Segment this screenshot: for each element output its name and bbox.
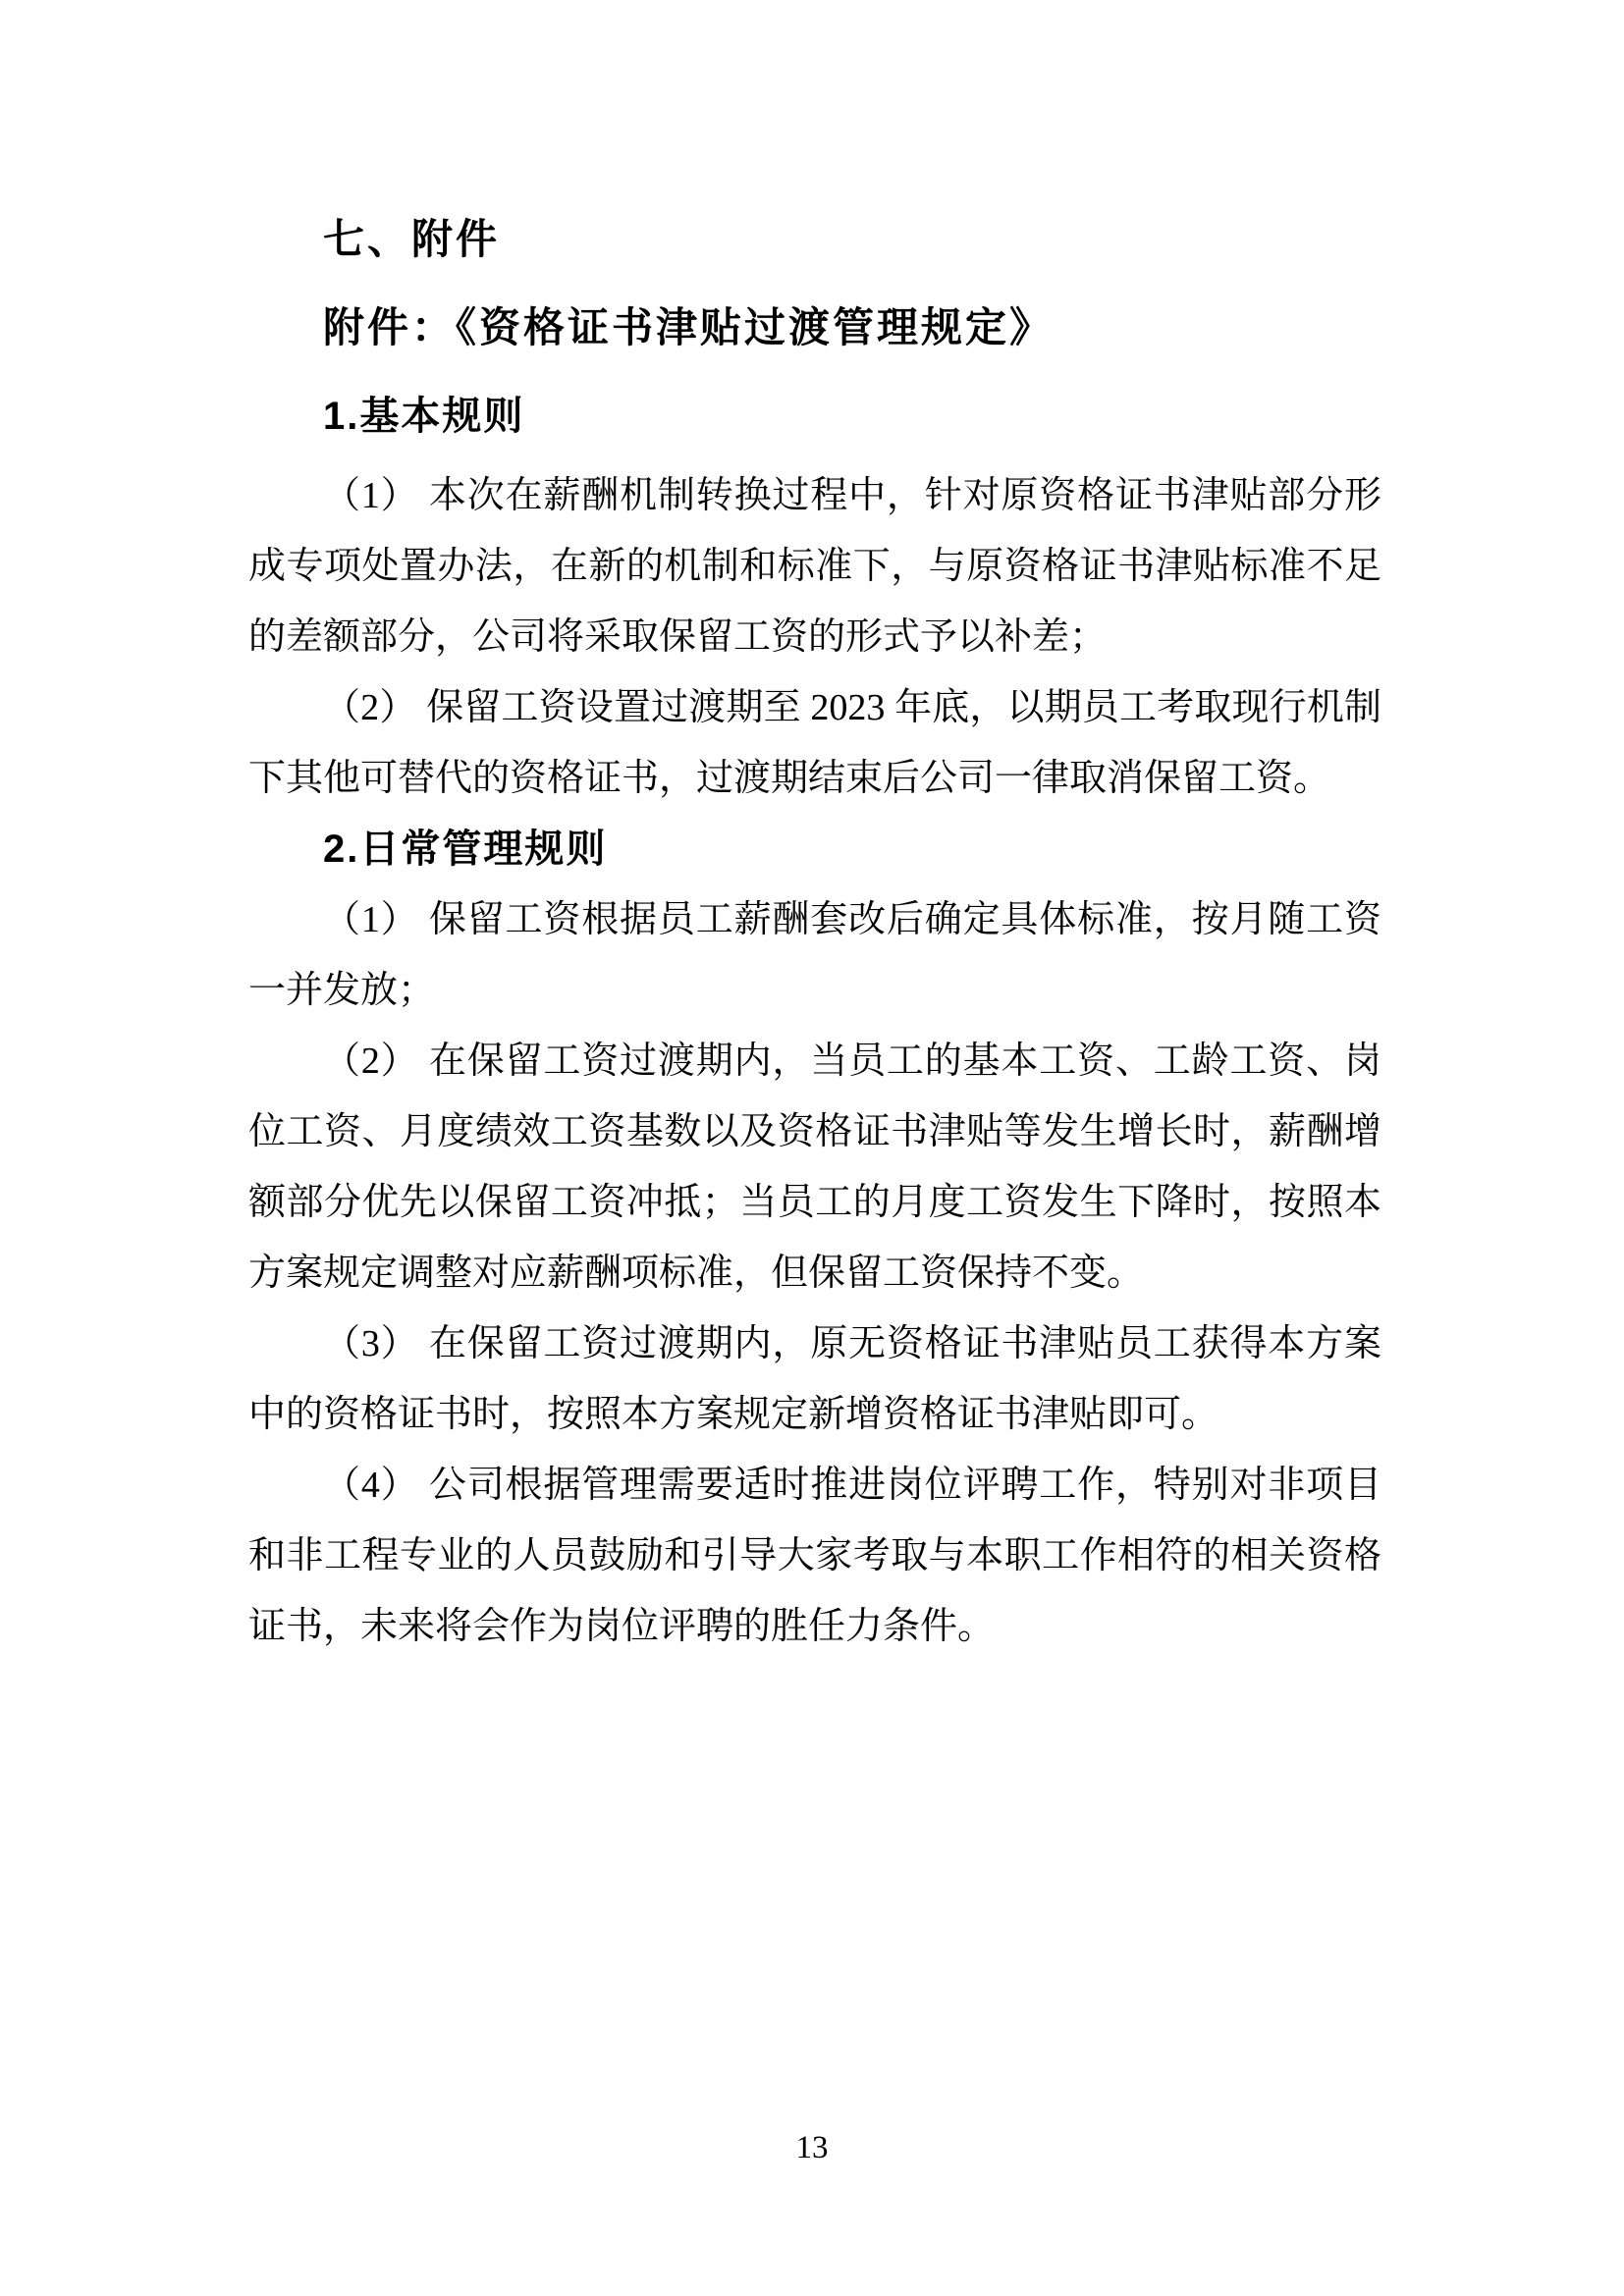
paragraph-basic-2: （2） 保留工资设置过渡期至 2023 年底，以期员工考取现行机制下其他可替代的… [248, 672, 1381, 814]
rules-daily-heading: 2.日常管理规则 [248, 814, 1381, 884]
attachment-title: 附件：《资格证书津贴过渡管理规定》 [248, 284, 1381, 372]
paragraph-daily-3: （3） 在保留工资过渡期内，原无资格证书津贴员工获得本方案中的资格证书时，按照本… [248, 1308, 1381, 1450]
page-number: 13 [0, 2128, 1624, 2167]
rules-basic-heading: 1.基本规则 [248, 372, 1381, 460]
paragraph-basic-1: （1） 本次在薪酬机制转换过程中，针对原资格证书津贴部分形成专项处置办法，在新的… [248, 460, 1381, 672]
document-page: 七、附件 附件：《资格证书津贴过渡管理规定》 1.基本规则 （1） 本次在薪酬机… [0, 0, 1624, 2296]
paragraph-daily-2: （2） 在保留工资过渡期内，当员工的基本工资、工龄工资、岗位工资、月度绩效工资基… [248, 1026, 1381, 1308]
paragraph-daily-4: （4） 公司根据管理需要适时推进岗位评聘工作，特别对非项目和非工程专业的人员鼓励… [248, 1450, 1381, 1662]
paragraph-daily-1: （1） 保留工资根据员工薪酬套改后确定具体标准，按月随工资一并发放； [248, 884, 1381, 1026]
section-heading: 七、附件 [248, 195, 1381, 284]
